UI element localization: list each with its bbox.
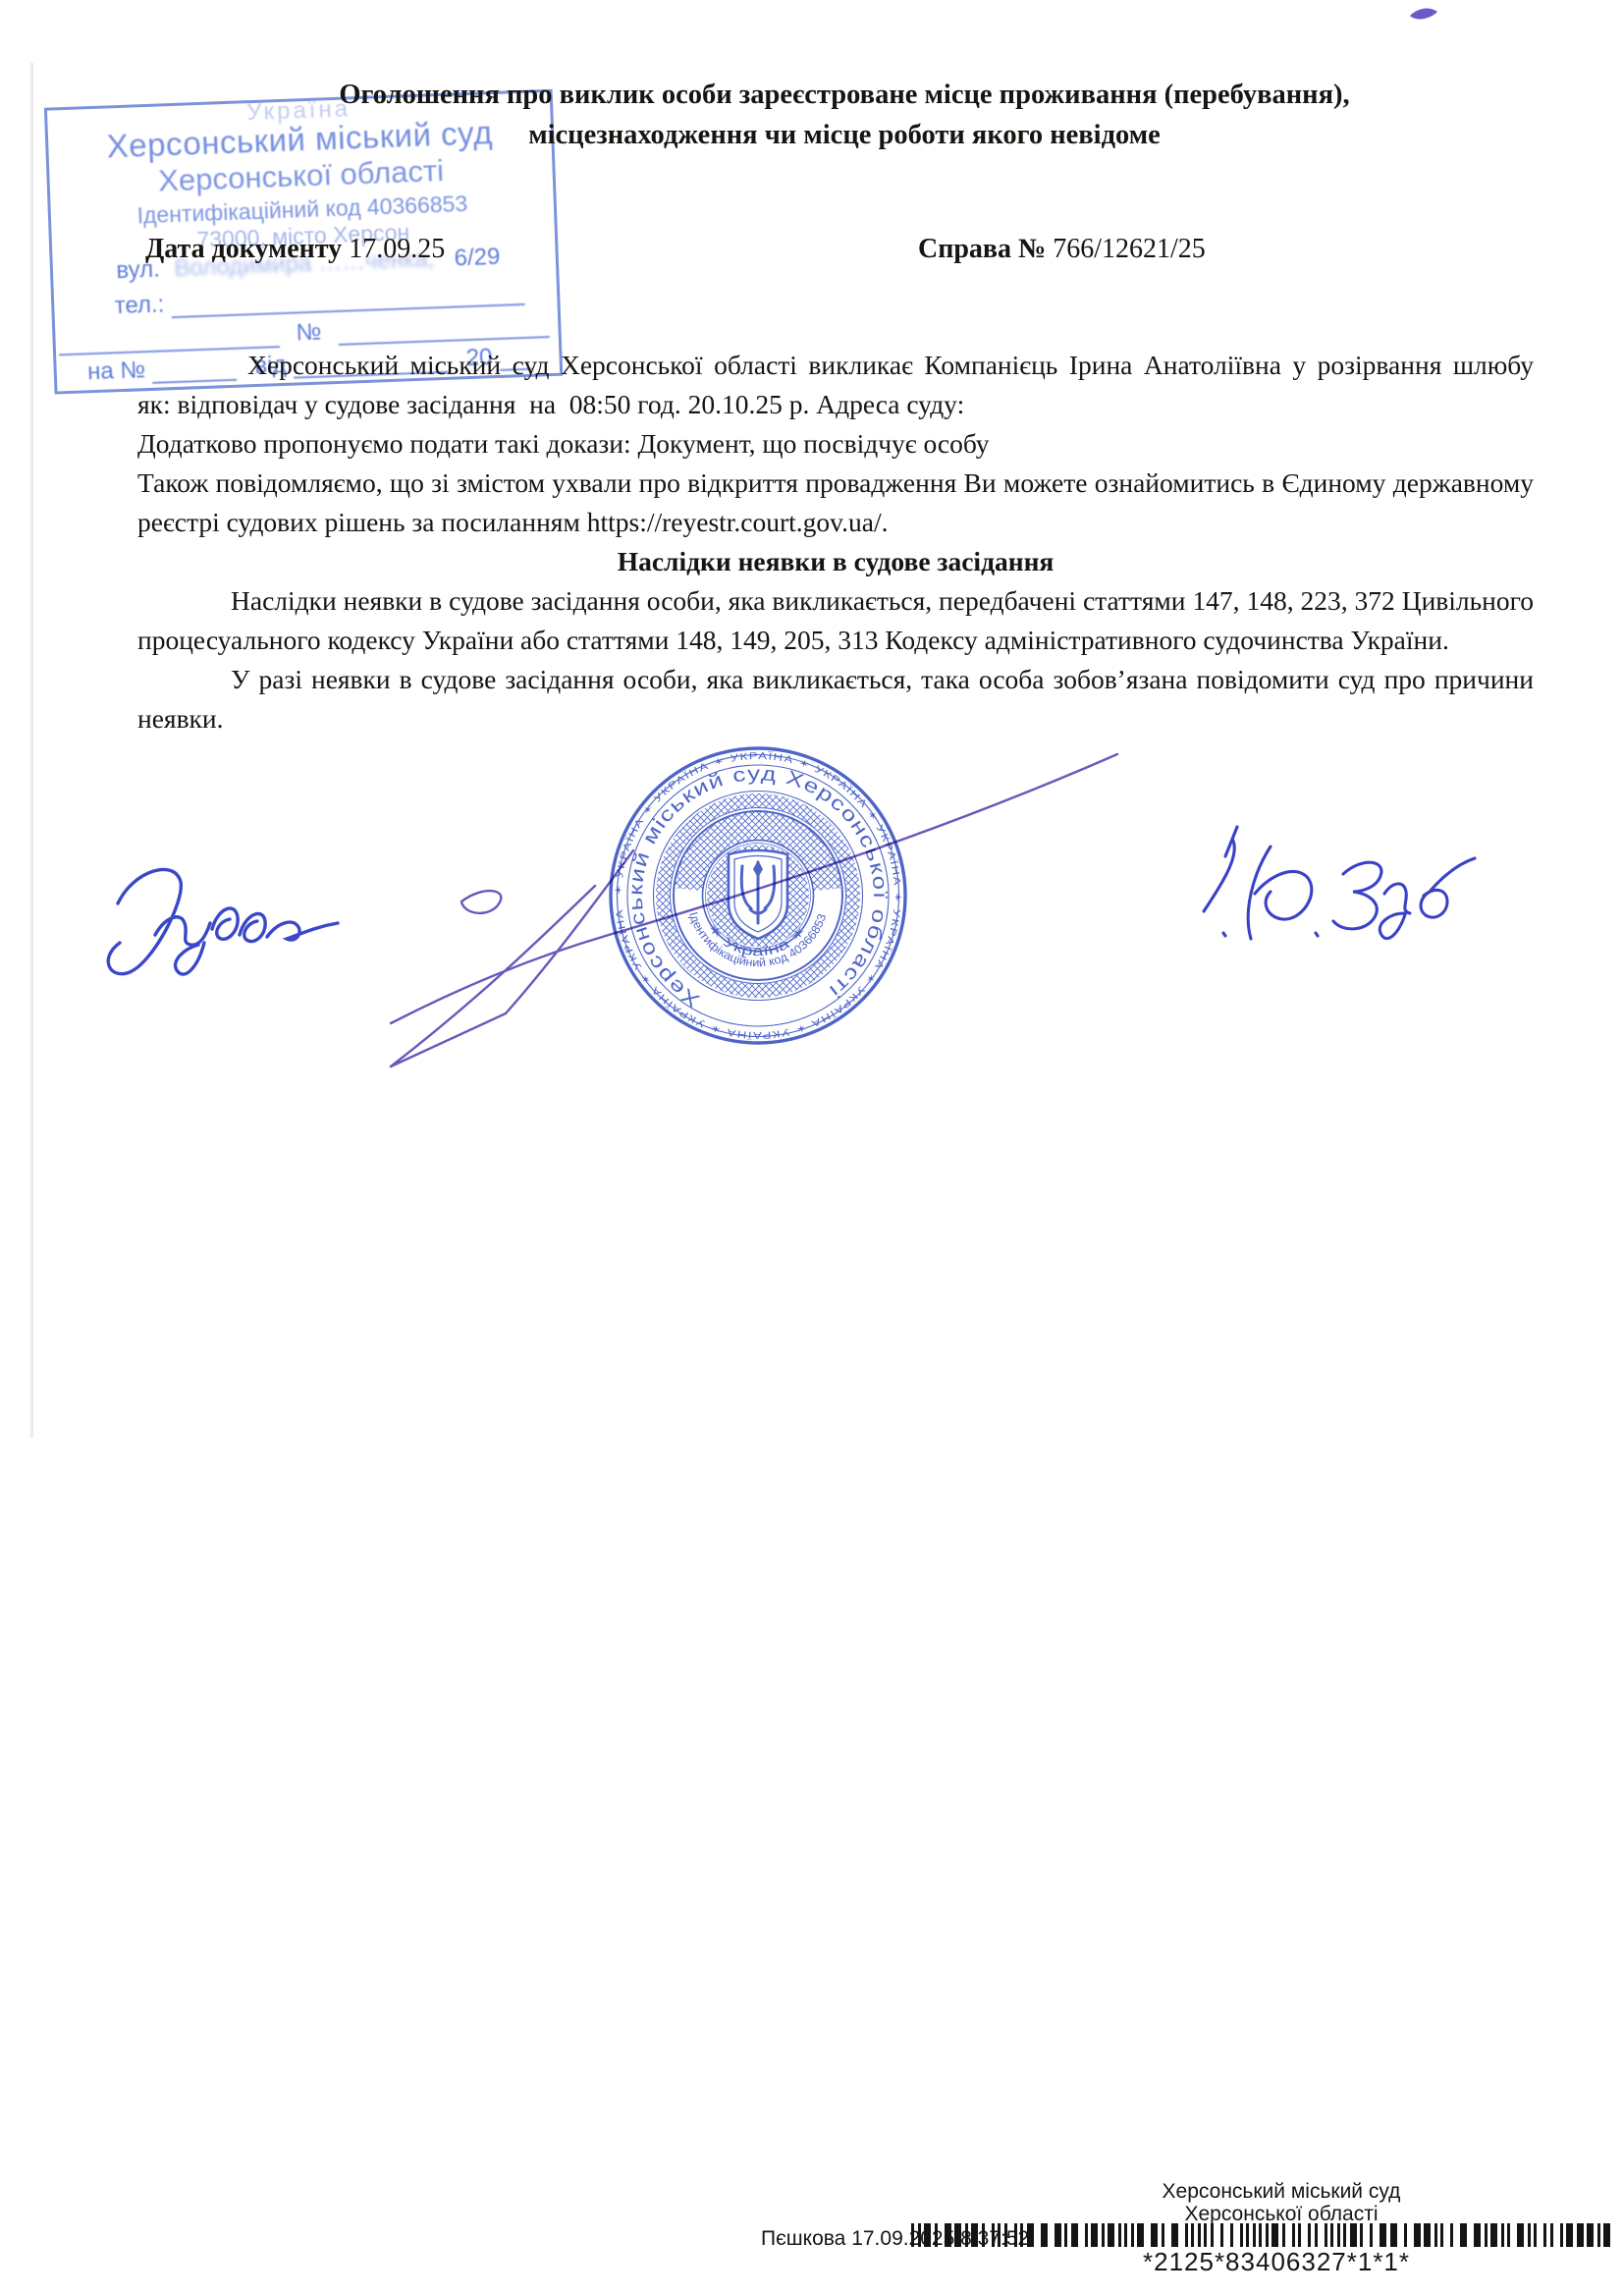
- seal-trident-shield: [729, 850, 787, 939]
- paragraph-consequences: Наслідки неявки в судове засідання особи…: [137, 581, 1534, 660]
- document-title: Оголошення про виклик особи зареєстрован…: [147, 75, 1542, 155]
- document-title-line2: місцезнаходження чи місце роботи якого н…: [147, 115, 1542, 155]
- paragraph-evidence: Додатково пропонуємо подати такі докази:…: [137, 424, 1534, 464]
- stamp-number-label: №: [296, 319, 322, 347]
- stamp-tel-label: тел.:: [114, 291, 165, 319]
- court-round-seal: ✶ УКРАЇНА ✶ УКРАЇНА ✶ УКРАЇНА ✶ УКРАЇНА …: [601, 738, 915, 1053]
- footer-barcode: [911, 2223, 1616, 2247]
- date-value: 17.09.25: [349, 234, 445, 264]
- document-body: Херсонський міський суд Херсонської обла…: [137, 346, 1534, 738]
- document-date-row: Дата документу 17.09.25: [145, 234, 445, 265]
- footer-court-name: Херсонський міський суд Херсонської обла…: [1085, 2180, 1478, 2225]
- footer-barcode-caption: *2125*83406327*1*1*: [985, 2247, 1568, 2277]
- paragraph-duty-to-notify: У разі неявки в судове засідання особи, …: [137, 660, 1534, 738]
- stamp-street-number: 6/29: [454, 244, 501, 272]
- case-value: 766/12621/25: [1053, 234, 1206, 264]
- document-title-line1: Оголошення про виклик особи зареєстрован…: [147, 75, 1542, 115]
- stamp-number-blank-right: [338, 312, 550, 346]
- section-heading: Наслідки неявки в судове засідання: [137, 542, 1534, 581]
- footer-court-line2: Херсонської області: [1085, 2203, 1478, 2225]
- scan-edge-artifact: [30, 63, 33, 1438]
- paragraph-registry-link: Також повідомляємо, що зі змістом ухвали…: [137, 464, 1534, 542]
- scanned-court-document: Оголошення про виклик особи зареєстрован…: [0, 0, 1623, 2296]
- date-label: Дата документу: [145, 234, 342, 264]
- case-number-row: Справа № 766/12621/25: [918, 234, 1206, 265]
- footer-court-line1: Херсонський міський суд: [1085, 2180, 1478, 2203]
- ink-blot: [1410, 9, 1437, 20]
- case-label: Справа №: [918, 234, 1046, 264]
- paragraph-summons: Херсонський міський суд Херсонської обла…: [137, 346, 1534, 424]
- judge-title-signature: [90, 852, 355, 990]
- judge-name-signature: [1141, 817, 1485, 974]
